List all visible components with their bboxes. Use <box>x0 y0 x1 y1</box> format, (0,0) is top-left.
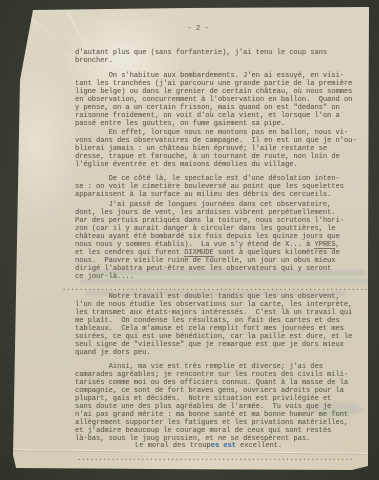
closing-sentence: Le moral des troupes est excellent. <box>135 442 282 450</box>
paragraph-5: J'ai passé de longues journées dans cet … <box>75 201 344 281</box>
dotted-separator-bottom: ........................................… <box>77 455 353 463</box>
underline-ypres <box>314 248 335 249</box>
closing-text: excellent. <box>236 442 282 450</box>
dotted-separator: ........................................… <box>62 285 368 293</box>
paragraph-7: Ainsi, ma vie est très remplie et divers… <box>75 363 348 443</box>
paragraph-3: En effet, lorsque nous ne montons pas en… <box>75 129 356 169</box>
paragraph-4: De ce côté là, le spectacle est d'une dé… <box>75 175 344 199</box>
paragraph-2: On s'habitue aux bombardements. J'en ai … <box>75 72 352 128</box>
letter-page: - 2 - d'autant plus que (sans forfanteri… <box>8 4 372 472</box>
paragraph-1: d'autant plus que (sans forfanterie), j'… <box>75 49 327 65</box>
closing-text: Le moral des troup <box>135 442 211 450</box>
blue-pencil-correction: es est <box>211 442 236 450</box>
page-number: - 2 - <box>168 25 228 33</box>
underline-dixmude <box>184 256 214 257</box>
paragraph-6: Notre travail est double: tandis que les… <box>75 293 352 357</box>
